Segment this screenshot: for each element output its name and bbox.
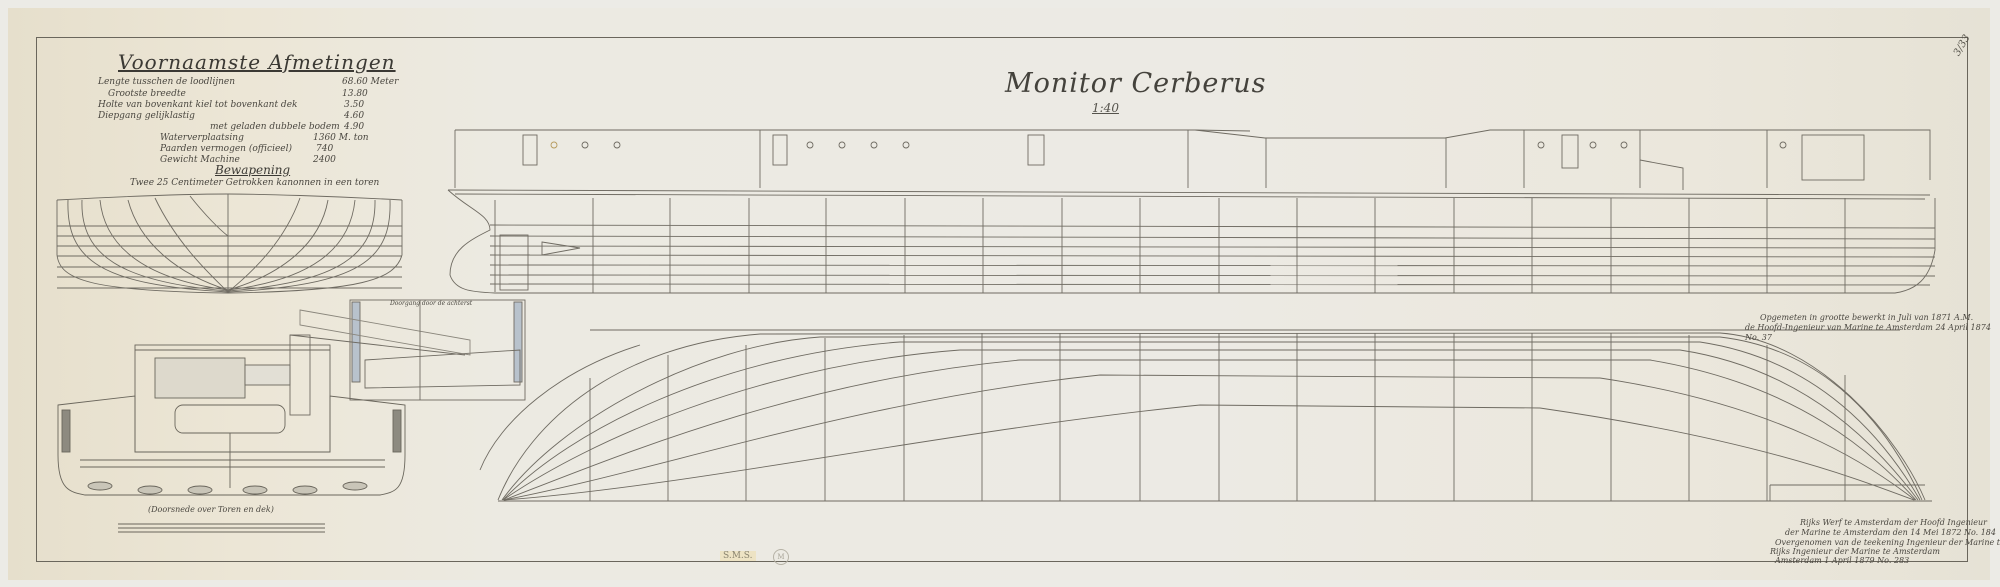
legend-row-label: Holte van bovenkant kiel tot bovenkant d… (98, 100, 297, 110)
armament-title: Bewapening (215, 163, 290, 177)
legend-row-label: Paarden vermogen (officieel) (160, 144, 292, 154)
drawing-canvas (0, 0, 2000, 587)
legend-row-label: Diepgang gelijklastig (98, 111, 195, 121)
legend-row-label: met geladen dubbele bodem (210, 122, 340, 132)
archive-stamp: S.M.S. (720, 551, 756, 561)
half-breadth-plan (480, 330, 1932, 501)
legend-row-value: 4.90 (344, 122, 364, 132)
body-plan (57, 194, 402, 293)
signature-line: Overgenomen van de teekening Ingenieur d… (1775, 538, 2000, 547)
longitudinal-detail-label: Doorgang door de achterst (390, 300, 472, 307)
right-note-line: No. 37 (1745, 333, 1772, 342)
circle-stamp: M (773, 549, 789, 565)
legend-row-value: 740 (316, 144, 333, 154)
signature-line: der Marine te Amsterdam den 14 Mei 1872 … (1785, 528, 1996, 537)
legend-row-label: Lengte tusschen de loodlijnen (98, 77, 235, 87)
legend-row-value: 2400 (313, 155, 336, 165)
longitudinal-detail (290, 300, 525, 415)
signature-line: Rijks Ingenieur der Marine te Amsterdam (1770, 547, 1940, 556)
legend-row-label: Waterverplaatsing (160, 133, 244, 143)
signature-line: Rijks Werf te Amsterdam der Hoofd Ingeni… (1800, 518, 1987, 527)
drawing-scale: 1:40 (1092, 101, 1119, 115)
right-note-line: de Hoofd-Ingenieur van Marine te Amsterd… (1745, 323, 1991, 332)
legend-title: Voornaamste Afmetingen (118, 50, 396, 74)
legend-row-label: Grootste breedte (108, 89, 186, 99)
signature-line: Amsterdam 1 April 1879 No. 283 (1775, 556, 1909, 565)
drawing-title: Monitor Cerberus (1005, 68, 1266, 99)
legend-row-value: 13.80 (342, 89, 368, 99)
legend-row-value: 68.60 Meter (342, 77, 398, 87)
turret-section-caption: (Doorsnede over Toren en dek) (148, 505, 274, 514)
legend-row-value: 3.50 (344, 100, 364, 110)
legend-row-value: 1360 M. ton (313, 133, 369, 143)
right-note-line: Opgemeten in grootte bewerkt in Juli van… (1760, 313, 1973, 322)
sheer-plan (448, 130, 1935, 293)
legend-row-value: 4.60 (344, 111, 364, 121)
armament-text: Twee 25 Centimeter Getrokken kanonnen in… (130, 178, 379, 188)
